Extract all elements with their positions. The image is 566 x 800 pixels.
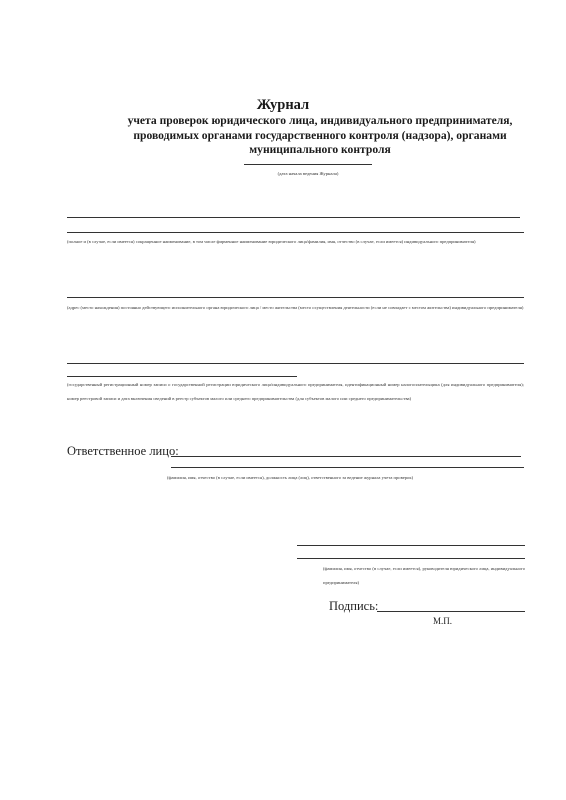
start-date-field[interactable]	[244, 164, 372, 165]
stamp-label: М.П.	[433, 616, 452, 626]
registration-caption: (государственный регистрационный номер з…	[67, 378, 524, 405]
responsible-person-caption: (фамилия, имя, отчество (в случае, если …	[167, 471, 527, 485]
registration-field-line-2[interactable]	[67, 376, 297, 377]
signature-label: Подпись:	[329, 599, 378, 613]
page-title: Журнал	[0, 98, 566, 113]
head-name-caption: (фамилия, имя, отчество (в случае, если …	[323, 562, 525, 589]
start-date-caption: (дата начала ведения Журнала)	[224, 167, 392, 181]
head-name-field-line-1[interactable]	[297, 545, 525, 546]
responsible-person-field-line-2[interactable]	[171, 467, 524, 468]
address-caption: (адрес (место нахождения) постоянно дейс…	[67, 301, 524, 315]
organization-name-caption: (полное и (в случае, если имеется) сокра…	[67, 235, 524, 249]
responsible-person-label: Ответственное лицо:	[67, 444, 179, 458]
registration-field-line-1[interactable]	[67, 363, 524, 364]
signature-field[interactable]	[377, 611, 525, 612]
responsible-person-field-line-1[interactable]	[171, 456, 521, 457]
organization-name-field-line-2[interactable]	[67, 232, 524, 233]
head-name-field-line-2[interactable]	[297, 558, 525, 559]
organization-name-field-line-1[interactable]	[67, 217, 520, 218]
page-subtitle: учета проверок юридического лица, индиви…	[100, 114, 540, 158]
address-field[interactable]	[67, 297, 524, 298]
